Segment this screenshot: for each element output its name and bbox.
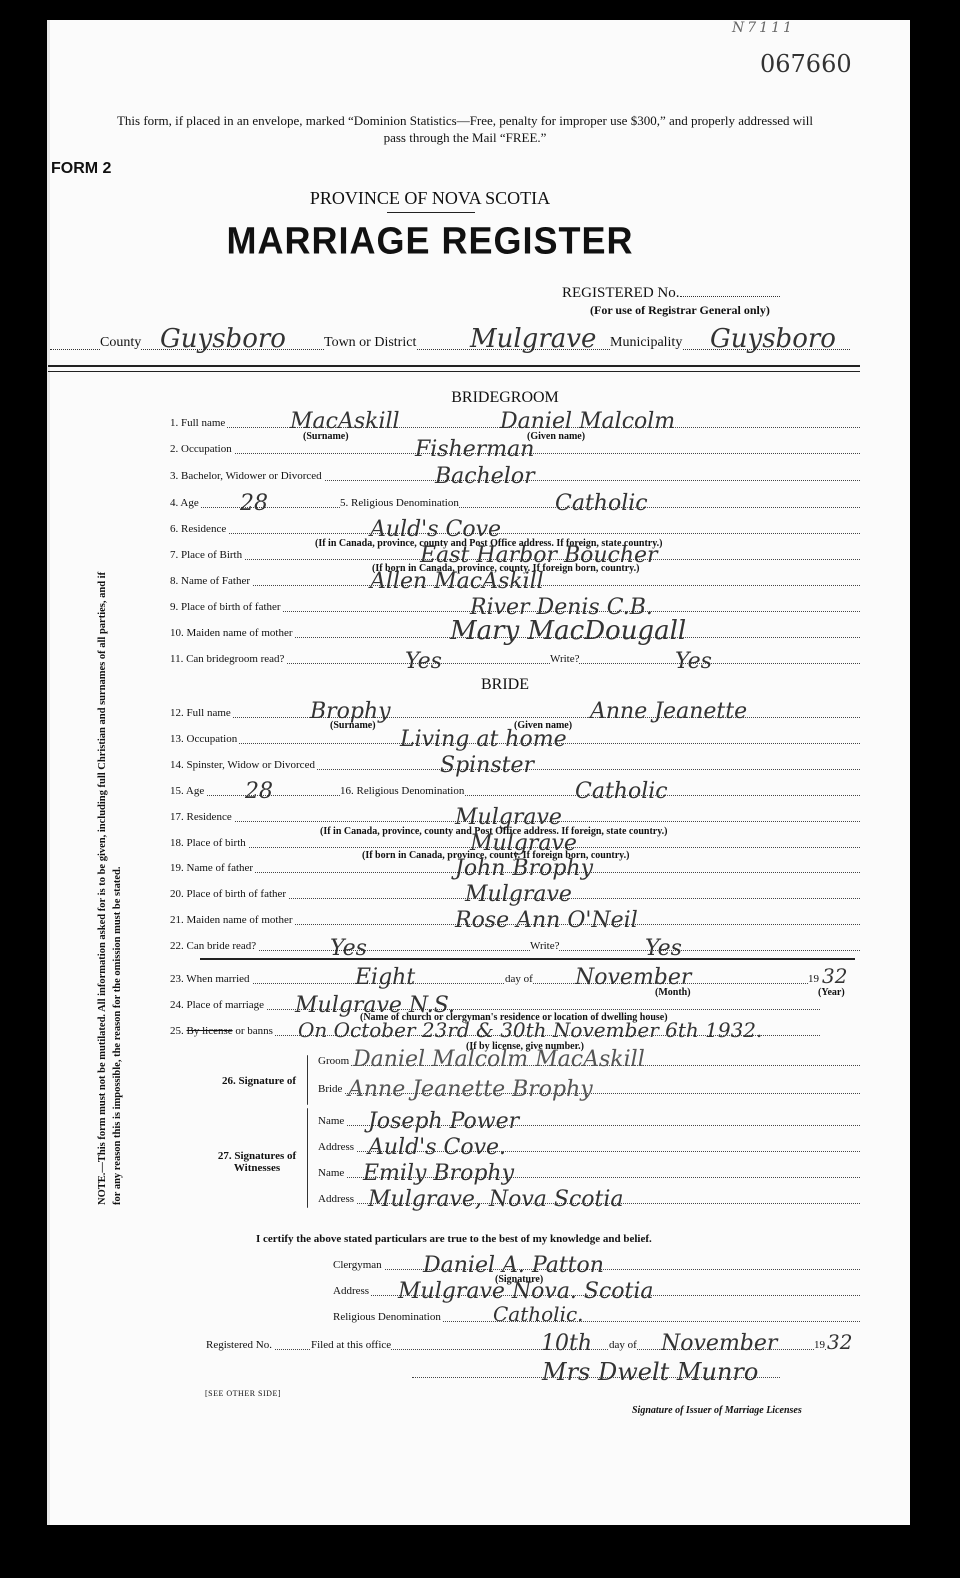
document-number: 067660 (760, 50, 852, 78)
married-day-field[interactable]: Eight (355, 965, 415, 990)
groom-write-label: Write? (550, 653, 579, 665)
bride-heading: BRIDE (355, 676, 655, 694)
bride-mother-row: 21. Maiden name of mother Rose Ann O'Nei… (170, 909, 860, 927)
groom-signature-field[interactable]: Daniel Malcolm MacAskill (353, 1047, 645, 1072)
groom-status-row: 3. Bachelor, Widower or Divorced Bachelo… (170, 465, 860, 483)
groom-age-label: 4. Age (170, 497, 201, 509)
witness-2-address-field[interactable]: Mulgrave, Nova Scotia (368, 1187, 624, 1212)
groom-write-field[interactable]: Yes (675, 649, 712, 674)
groom-father-birthplace-row: 9. Place of birth of father River Denis … (170, 596, 860, 614)
witness-1-name-field[interactable]: Joseph Power (368, 1109, 519, 1134)
groom-occupation-field[interactable]: Fisherman (415, 437, 534, 462)
bride-father-row: 19. Name of father John Brophy (170, 857, 860, 875)
bride-occupation-row: 13. Occupation Living at home (170, 728, 860, 746)
certify-statement: I certify the above stated particulars a… (256, 1233, 652, 1245)
municipality-field[interactable]: Guysboro (710, 324, 836, 354)
groom-age-religion-row: 4. Age 28 5. Religious Denomination Cath… (170, 492, 860, 510)
groom-mother-row: 10. Maiden name of mother Mary MacDougal… (170, 622, 860, 640)
groom-father-row: 8. Name of Father Allen MacAskill (170, 570, 860, 588)
bride-signature-label: Bride (318, 1083, 344, 1095)
bride-given-name-field[interactable]: Anne Jeanette (590, 699, 747, 724)
witness-name-label: Name (318, 1167, 346, 1179)
witness-1-name-row: Name Joseph Power (318, 1110, 860, 1128)
when-married-label: 23. When married (170, 973, 252, 985)
groom-status-field[interactable]: Bachelor (435, 464, 535, 489)
groom-mother-label: 10. Maiden name of mother (170, 627, 295, 639)
filed-year-field[interactable]: 32 (827, 1330, 852, 1354)
filed-month-field[interactable]: November (661, 1331, 777, 1356)
when-married-row: 23. When married Eight day of November 1… (170, 968, 860, 986)
day-of-label: day of (505, 973, 533, 985)
bride-age-religion-row: 15. Age 28 16. Religious Denomination Ca… (170, 780, 860, 798)
bride-birthplace-row: 18. Place of birth Mulgrave (170, 832, 860, 850)
bride-father-birthplace-field[interactable]: Mulgrave (465, 882, 572, 907)
issuer-sub: Signature of Issuer of Marriage Licenses (632, 1405, 802, 1416)
witness-name-label: Name (318, 1115, 346, 1127)
bride-father-field[interactable]: John Brophy (455, 856, 593, 881)
clergyman-denomination-label: Religious Denomination (333, 1311, 443, 1323)
bride-residence-label: 17. Residence (170, 811, 234, 823)
registered-no-text: REGISTERED No. (562, 285, 680, 301)
registered-no-sub: (For use of Registrar General only) (590, 303, 770, 318)
witness-2-name-row: Name Emily Brophy (318, 1162, 860, 1180)
bride-signature-row: Bride Anne Jeanette Brophy (318, 1078, 860, 1096)
groom-full-name-label: 1. Full name (170, 417, 227, 429)
witness-address-label: Address (318, 1193, 356, 1205)
brace (307, 1108, 308, 1208)
groom-occupation-label: 2. Occupation (170, 443, 234, 455)
groom-religion-label: 5. Religious Denomination (340, 497, 459, 509)
bride-status-row: 14. Spinster, Widow or Divorced Spinster (170, 754, 860, 772)
struck-license-label: By license (187, 1025, 233, 1037)
issuer-row: Mrs Dwelt Munro (412, 1362, 860, 1380)
banns-field[interactable]: On October 23rd & 30th November 6th 1932… (298, 1018, 762, 1042)
bridegroom-heading: BRIDEGROOM (355, 389, 655, 407)
bride-full-name-row: 12. Full name Brophy Anne Jeanette (170, 702, 860, 720)
filed-label: Filed at this office (311, 1339, 391, 1351)
see-other-side: [SEE OTHER SIDE] (205, 1389, 281, 1398)
witness-2-name-field[interactable]: Emily Brophy (363, 1161, 514, 1186)
married-year-field[interactable]: 32 (822, 964, 847, 988)
witnesses-label: 27. Signatures ofWitnesses (212, 1150, 302, 1174)
bride-age-label: 15. Age (170, 785, 206, 797)
bride-father-birthplace-label: 20. Place of birth of father (170, 888, 288, 900)
section-divider (200, 958, 855, 960)
town-label: Town or District (324, 335, 416, 351)
faint-corner-mark: N7111 (732, 20, 795, 36)
clergyman-row: Clergyman Daniel A. Patton (333, 1254, 860, 1272)
divider (387, 212, 475, 213)
bride-mother-field[interactable]: Rose Ann O'Neil (455, 908, 638, 933)
banns-row: 25. By license or banns On October 23rd … (170, 1020, 860, 1038)
issuer-signature-field[interactable]: Mrs Dwelt Munro (542, 1358, 758, 1386)
groom-residence-label: 6. Residence (170, 523, 228, 535)
groom-father-field[interactable]: Allen MacAskill (370, 569, 544, 594)
bride-occupation-label: 13. Occupation (170, 733, 239, 745)
groom-mother-field[interactable]: Mary MacDougall (450, 616, 686, 646)
groom-occupation-row: 2. Occupation Fisherman (170, 438, 860, 456)
groom-full-name-row: 1. Full name MacAskill Daniel Malcolm (170, 412, 860, 430)
witness-2-address-row: Address Mulgrave, Nova Scotia (318, 1188, 860, 1206)
signature-label: 26. Signature of (222, 1075, 296, 1087)
banns-label: 25. By license or banns (170, 1025, 275, 1037)
province-heading: PROVINCE OF NOVA SCOTIA (230, 188, 630, 209)
municipality-label: Municipality (610, 335, 682, 351)
location-row: County Guysboro Town or District Mulgrav… (50, 332, 850, 354)
filed-day-field[interactable]: 10th (541, 1331, 592, 1356)
bride-signature-field[interactable]: Anne Jeanette Brophy (348, 1077, 593, 1102)
groom-read-label: 11. Can bridegroom read? (170, 653, 286, 665)
clergyman-address-row: Address Mulgrave Nova. Scotia (333, 1280, 860, 1298)
bride-residence-row: 17. Residence Mulgrave (170, 806, 860, 824)
clergyman-address-label: Address (333, 1285, 371, 1297)
clergyman-label: Clergyman (333, 1259, 384, 1271)
groom-read-field[interactable]: Yes (405, 649, 442, 674)
bride-age-field[interactable]: 28 (245, 779, 273, 804)
registered-no-label: REGISTERED No. (562, 285, 780, 302)
bride-read-write-row: 22. Can bride read? Yes Write? Yes (170, 935, 860, 953)
registered-no-field[interactable] (680, 296, 780, 297)
bride-mother-label: 21. Maiden name of mother (170, 914, 295, 926)
place-of-marriage-label: 24. Place of marriage (170, 999, 266, 1011)
registered-no-label-bottom: Registered No. (206, 1339, 274, 1351)
bride-father-birthplace-row: 20. Place of birth of father Mulgrave (170, 883, 860, 901)
bride-birthplace-label: 18. Place of birth (170, 837, 248, 849)
groom-read-write-row: 11. Can bridegroom read? Yes Write? Yes (170, 648, 860, 666)
bride-full-name-label: 12. Full name (170, 707, 233, 719)
year-prefix: 19 (814, 1339, 825, 1351)
county-label: County (100, 335, 141, 351)
brace (307, 1055, 308, 1105)
clergyman-address-field[interactable]: Mulgrave Nova. Scotia (398, 1279, 654, 1304)
filed-row: Registered No. Filed at this office 10th… (206, 1334, 856, 1352)
groom-age-field[interactable]: 28 (240, 491, 268, 516)
place-of-marriage-row: 24. Place of marriage Mulgrave N.S. (170, 994, 860, 1012)
witness-address-label: Address (318, 1141, 356, 1153)
mail-note: This form, if placed in an envelope, mar… (105, 112, 825, 146)
groom-status-label: 3. Bachelor, Widower or Divorced (170, 470, 324, 482)
section-divider (48, 365, 860, 372)
page-title: MARRIAGE REGISTER (150, 219, 710, 263)
bride-status-field[interactable]: Spinster (440, 753, 534, 778)
groom-signature-label: Groom (318, 1055, 351, 1067)
groom-father-label: 8. Name of Father (170, 575, 252, 587)
bride-status-label: 14. Spinster, Widow or Divorced (170, 759, 317, 771)
day-of-label: day of (609, 1339, 637, 1351)
town-field[interactable]: Mulgrave (470, 324, 596, 354)
bride-read-label: 22. Can bride read? (170, 940, 258, 952)
bride-father-label: 19. Name of father (170, 862, 255, 874)
form-label: FORM 2 (51, 160, 111, 178)
bride-religion-field[interactable]: Catholic (575, 779, 668, 804)
groom-residence-row: 6. Residence Auld's Cove (170, 518, 860, 536)
year-prefix: 19 (808, 973, 819, 985)
bride-write-label: Write? (530, 940, 559, 952)
witness-1-address-row: Address Auld's Cove. (318, 1136, 860, 1154)
groom-birthplace-label: 7. Place of Birth (170, 549, 244, 561)
bride-occupation-field[interactable]: Living at home (400, 727, 567, 752)
groom-signature-row: Groom Daniel Malcolm MacAskill (318, 1050, 860, 1068)
witness-1-address-field[interactable]: Auld's Cove. (368, 1135, 506, 1160)
side-note: NOTE.—This form must not be mutilated. A… (95, 565, 125, 1205)
groom-birthplace-row: 7. Place of Birth East Harbor Boucher (170, 544, 860, 562)
county-field[interactable]: Guysboro (160, 324, 286, 354)
clergyman-denomination-field[interactable]: Catholic. (493, 1302, 584, 1326)
bride-religion-label: 16. Religious Denomination (340, 785, 464, 797)
groom-religion-field[interactable]: Catholic (555, 491, 648, 516)
clergyman-denomination-row: Religious Denomination Catholic. (333, 1306, 860, 1324)
groom-father-birthplace-label: 9. Place of birth of father (170, 601, 283, 613)
